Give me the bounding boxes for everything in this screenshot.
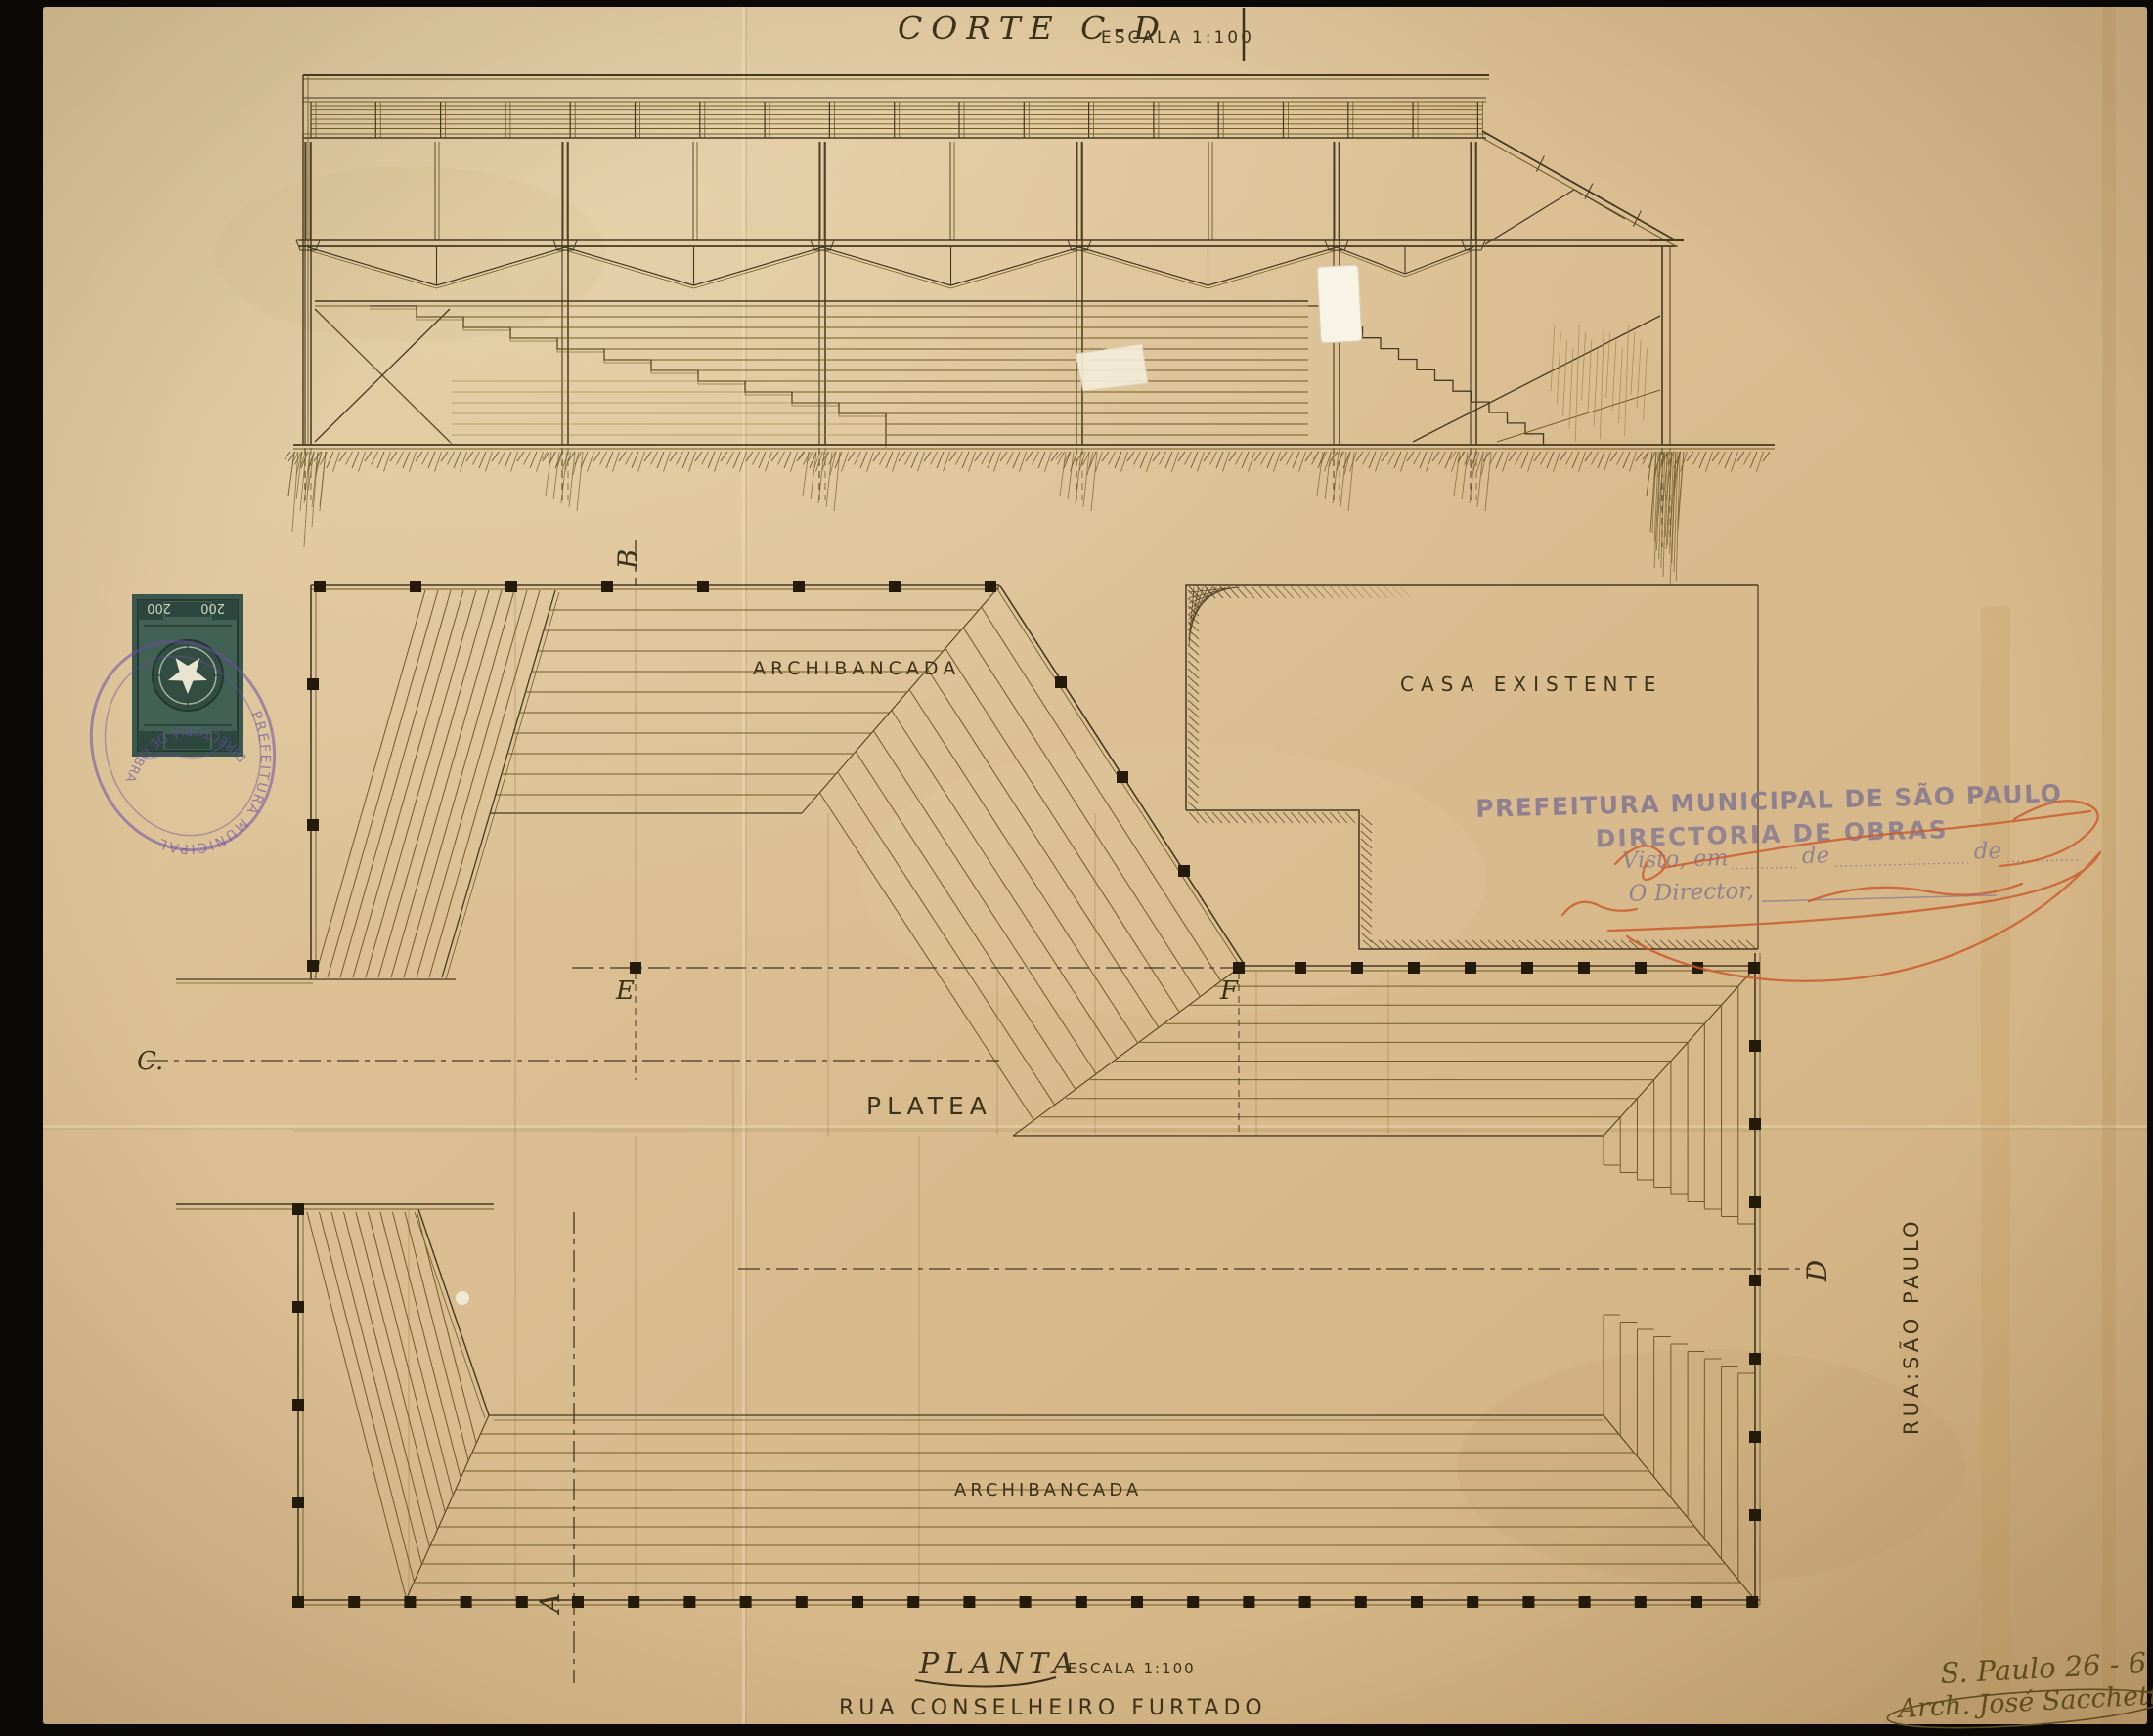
- vertical-fold-crease: [742, 7, 745, 1724]
- plan-scale-label: ESCALA 1:100: [1068, 1660, 1196, 1677]
- street-label-right: RUA:SÃO PAULO: [1898, 1218, 1923, 1436]
- street-label-bottom: RUA CONSELHEIRO FURTADO: [839, 1696, 1267, 1720]
- label-archibancada-bottom: ARCHIBANCADA: [954, 1480, 1142, 1500]
- marker-a: A: [534, 1593, 566, 1616]
- architectural-drawing: CORTE C-D ESCALA 1:100 ARCHIBANCADA CASA…: [0, 0, 2153, 1736]
- marker-d: D: [1801, 1260, 1833, 1282]
- label-casa-existente: CASA EXISTENTE: [1400, 673, 1662, 696]
- label-platea: PLATEA: [866, 1092, 992, 1120]
- marker-b: B: [612, 549, 644, 571]
- revenue-stamp-value-left: 200: [200, 600, 225, 615]
- plan-title: PLANTA: [918, 1647, 1079, 1681]
- approval-stamp-de2: de: [1973, 839, 2001, 865]
- marker-e: E: [615, 976, 635, 1006]
- marker-c: C.: [137, 1047, 163, 1076]
- drawing-sheet-photo: CORTE C-D ESCALA 1:100 ARCHIBANCADA CASA…: [0, 0, 2153, 1736]
- approval-stamp-de1: de: [1801, 843, 1829, 869]
- approval-stamp-director: O Director,: [1628, 878, 1754, 906]
- revenue-stamp-value-right: 200: [147, 600, 171, 615]
- section-scale-label: ESCALA 1:100: [1101, 28, 1254, 48]
- label-archibancada-top: ARCHIBANCADA: [753, 658, 960, 679]
- marker-f: F: [1219, 976, 1239, 1006]
